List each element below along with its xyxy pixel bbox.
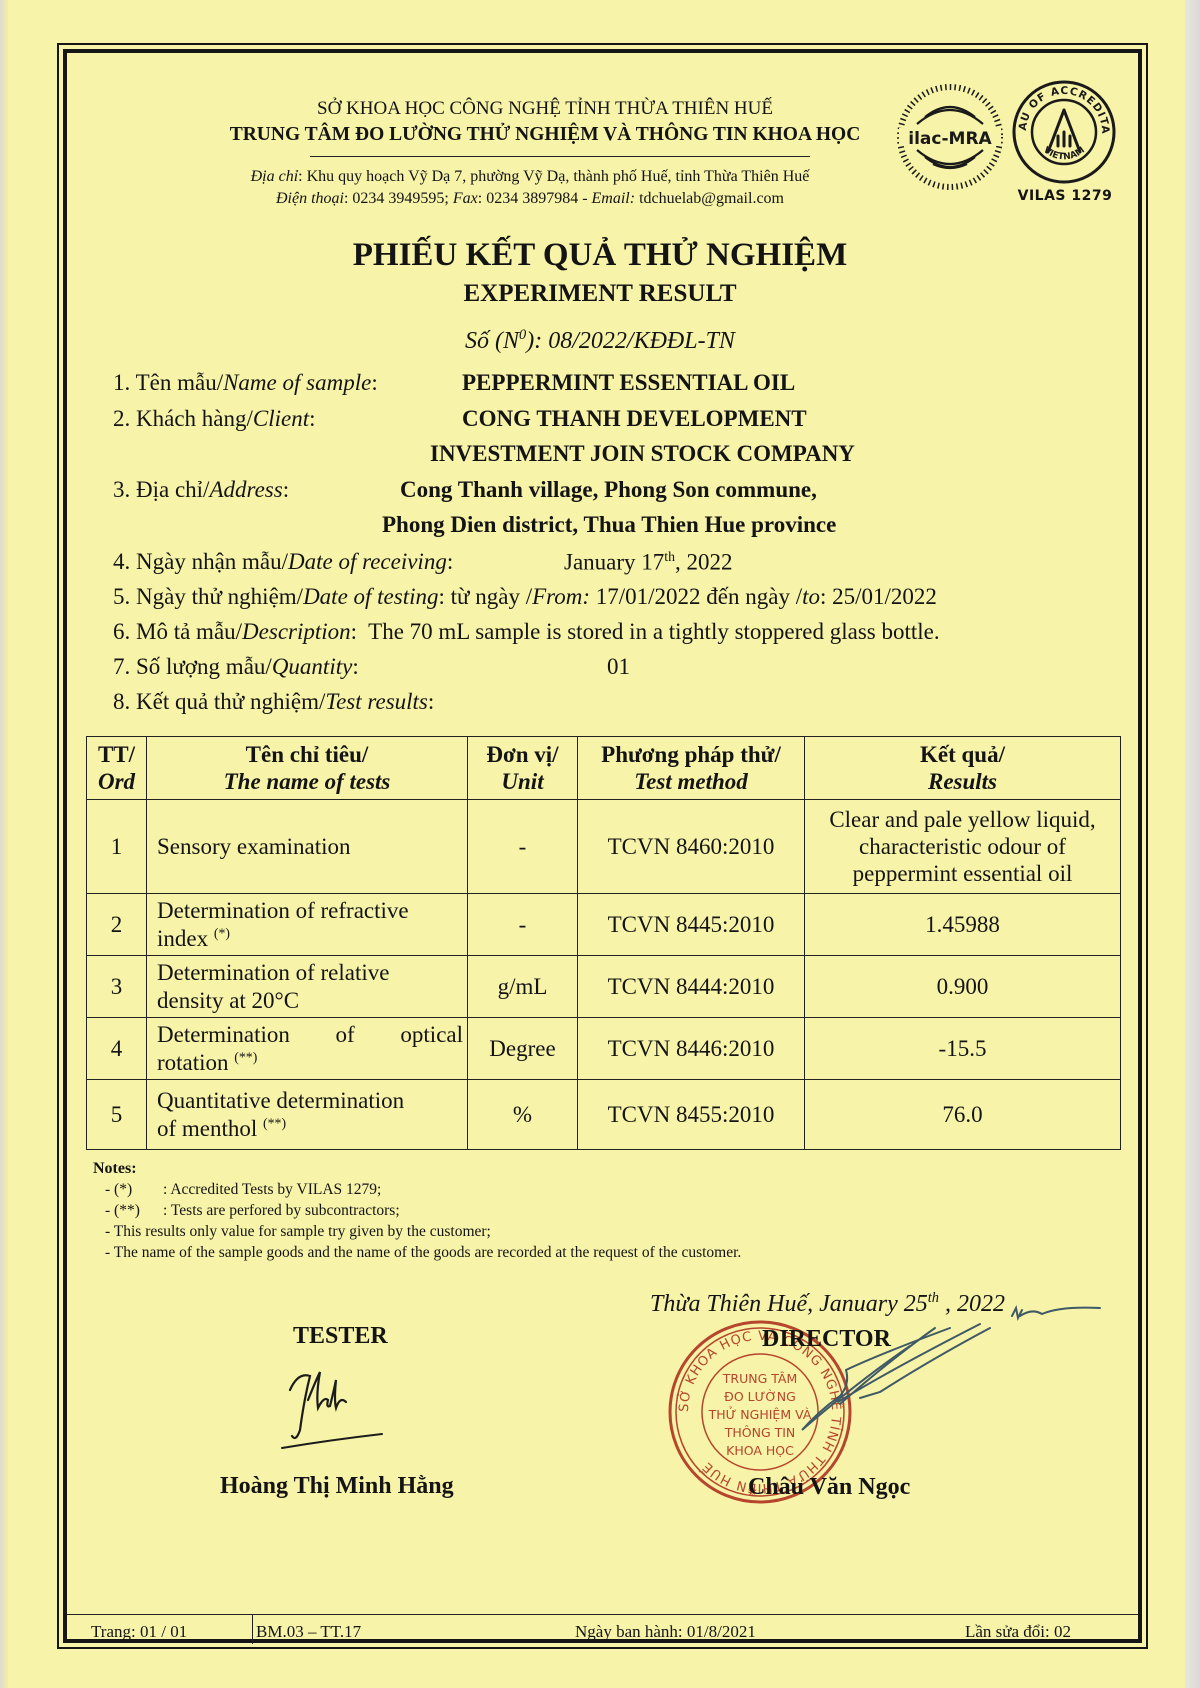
note-item: - (*): Accredited Tests by VILAS 1279;: [93, 1179, 741, 1200]
results-table: TT/Ord Tên chỉ tiêu/The name of tests Đơ…: [86, 736, 1121, 1150]
notes-heading: Notes:: [93, 1158, 741, 1179]
field-receiving-label: 4. Ngày nhận mẫu/Date of receiving:: [113, 549, 453, 575]
center-name: TRUNG TÂM ĐO LƯỜNG THỬ NGHIỆM VÀ THÔNG T…: [200, 124, 890, 146]
page-edge: [0, 0, 8, 1688]
field-client-value-line1: CONG THANH DEVELOPMENT: [462, 406, 807, 432]
field-quantity-value: 01: [607, 654, 630, 680]
field-description-value: The 70 mL sample is stored in a tightly …: [368, 619, 940, 644]
cell-ord: 2: [87, 894, 147, 956]
header-unit: Đơn vị/Unit: [468, 737, 578, 800]
table-row: 2 Determination of refractiveindex (*) -…: [87, 894, 1121, 956]
cell-unit: g/mL: [468, 956, 578, 1018]
field-receiving-value: January 17th, 2022: [564, 549, 733, 576]
document-title-vn: PHIẾU KẾT QUẢ THỬ NGHIỆM: [100, 237, 1100, 274]
director-name: Châu Văn Ngọc: [748, 1474, 910, 1501]
footer-divider: [67, 1614, 1138, 1615]
cell-test-name: Determination of opticalrotation (**): [147, 1018, 468, 1080]
cell-ord: 4: [87, 1018, 147, 1080]
header-test-name: Tên chỉ tiêu/The name of tests: [147, 737, 468, 800]
department-name: SỞ KHOA HỌC CÔNG NGHỆ TỈNH THỪA THIÊN HU…: [200, 98, 890, 120]
field-sample-label: 1. Tên mẫu/Name of sample:: [113, 370, 378, 396]
cell-test-name: Determination of relativedensity at 20°C: [147, 956, 468, 1018]
footer-revision: Lần sửa đổi: 02: [965, 1622, 1071, 1642]
header-divider: [310, 156, 810, 157]
header-result: Kết quả/Results: [805, 737, 1121, 800]
field-quantity-label: 7. Số lượng mẫu/Quantity:: [113, 654, 359, 680]
cell-method: TCVN 8460:2010: [578, 800, 805, 894]
bureau-accreditation-logo-icon: BUREAU OF ACCREDITATION VIETNAM: [1010, 78, 1118, 186]
cell-method: TCVN 8446:2010: [578, 1018, 805, 1080]
svg-text:KHOA HỌC: KHOA HỌC: [726, 1443, 794, 1458]
cell-test-name: Quantitative determinationof menthol (**…: [147, 1080, 468, 1150]
cell-unit: -: [468, 800, 578, 894]
center-address: Địa chỉ: Khu quy hoạch Vỹ Dạ 7, phường V…: [150, 168, 910, 186]
cell-method: TCVN 8444:2010: [578, 956, 805, 1018]
tester-name: Hoàng Thị Minh Hằng: [220, 1473, 454, 1500]
tester-title: TESTER: [293, 1323, 388, 1350]
cell-unit: -: [468, 894, 578, 956]
cell-result: 1.45988: [805, 894, 1121, 956]
footer-form-code: BM.03 – TT.17: [256, 1622, 361, 1642]
cell-result: 76.0: [805, 1080, 1121, 1150]
table-row: 5 Quantitative determinationof menthol (…: [87, 1080, 1121, 1150]
field-client-value-line2: INVESTMENT JOIN STOCK COMPANY: [430, 441, 855, 467]
cell-test-name: Determination of refractiveindex (*): [147, 894, 468, 956]
ilac-mra-logo-icon: ilac-MRA: [895, 82, 1005, 192]
footer-page: Trang: 01 / 01: [91, 1622, 187, 1642]
cell-result: -15.5: [805, 1018, 1121, 1080]
field-address-value-line2: Phong Dien district, Thua Thien Hue prov…: [382, 512, 836, 538]
field-sample-value: PEPPERMINT ESSENTIAL OIL: [462, 370, 795, 396]
cell-test-name: Sensory examination: [147, 800, 468, 894]
note-item: - (**): Tests are perfored by subcontrac…: [93, 1200, 741, 1221]
field-results-label: 8. Kết quả thử nghiệm/Test results:: [113, 689, 434, 715]
page-edge: [1185, 0, 1200, 1688]
field-description: 6. Mô tả mẫu/Description: The 70 mL samp…: [113, 619, 940, 645]
footer-issue-date: Ngày ban hành: 01/8/2021: [575, 1622, 756, 1642]
cell-ord: 1: [87, 800, 147, 894]
note-item: - The name of the sample goods and the n…: [93, 1242, 741, 1263]
center-contact: Điện thoại: 0234 3949595; Fax: 0234 3897…: [150, 190, 910, 208]
table-row: 4 Determination of opticalrotation (**) …: [87, 1018, 1121, 1080]
field-address-label: 3. Địa chỉ/Address:: [113, 477, 289, 503]
header-method: Phương pháp thử/Test method: [578, 737, 805, 800]
tester-signature-icon: [270, 1360, 390, 1450]
cell-result: 0.900: [805, 956, 1121, 1018]
table-row: 1 Sensory examination - TCVN 8460:2010 C…: [87, 800, 1121, 894]
vilas-label: VILAS 1279: [1005, 188, 1125, 204]
footer-column-divider: [252, 1614, 253, 1644]
document-title-en: EXPERIMENT RESULT: [100, 280, 1100, 308]
header-ord: TT/Ord: [87, 737, 147, 800]
field-client-label: 2. Khách hàng/Client:: [113, 406, 316, 432]
note-item: - This results only value for sample try…: [93, 1221, 741, 1242]
document-number: Số (N0): 08/2022/KĐĐL-TN: [100, 327, 1100, 355]
field-testing-dates: 5. Ngày thử nghiệm/Date of testing: từ n…: [113, 584, 937, 610]
table-header-row: TT/Ord Tên chỉ tiêu/The name of tests Đơ…: [87, 737, 1121, 800]
cell-method: TCVN 8445:2010: [578, 894, 805, 956]
cell-method: TCVN 8455:2010: [578, 1080, 805, 1150]
director-signature-icon: [780, 1300, 1110, 1440]
notes-section: Notes: - (*): Accredited Tests by VILAS …: [93, 1158, 741, 1263]
cell-result: Clear and pale yellow liquid, characteri…: [805, 800, 1121, 894]
cell-unit: Degree: [468, 1018, 578, 1080]
field-address-value-line1: Cong Thanh village, Phong Son commune,: [400, 477, 817, 503]
email-link: tdchuelab@gmail.com: [635, 190, 784, 207]
svg-text:ilac-MRA: ilac-MRA: [908, 129, 992, 149]
cell-unit: %: [468, 1080, 578, 1150]
table-row: 3 Determination of relativedensity at 20…: [87, 956, 1121, 1018]
cell-ord: 5: [87, 1080, 147, 1150]
cell-ord: 3: [87, 956, 147, 1018]
